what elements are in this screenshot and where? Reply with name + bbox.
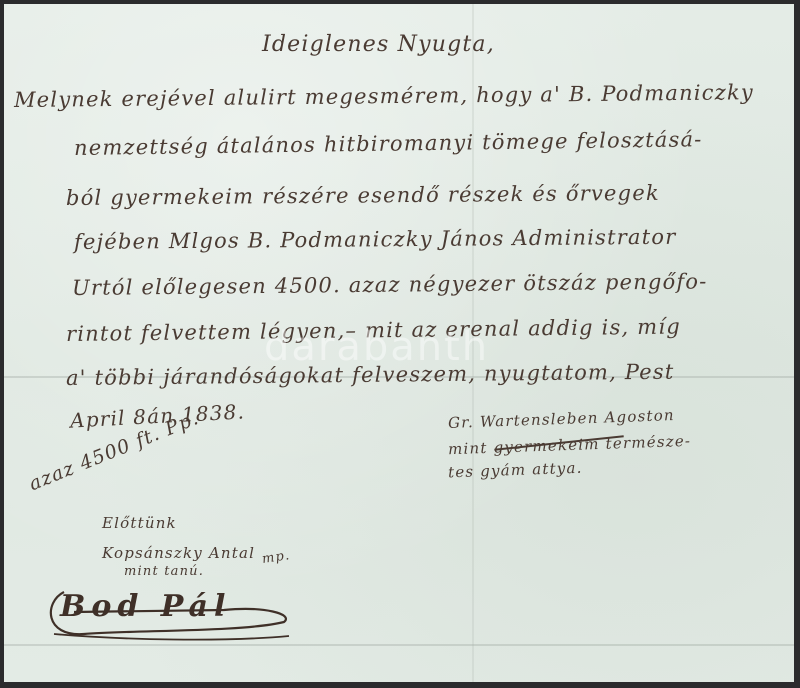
- body-line: Urtól előlegesen 4500. azaz négyezer öts…: [72, 269, 708, 300]
- second-signature: Bod Pál: [60, 589, 231, 624]
- issuer-signature-line: Gr. Wartensleben Agoston: [448, 406, 675, 432]
- issuer-signature-line: tes gyám attya.: [448, 459, 583, 482]
- document-title: Ideiglenes Nyugta,: [262, 32, 495, 57]
- paper-fold: [4, 644, 794, 646]
- witness-name: Kopsánszky Antal: [102, 544, 255, 562]
- body-line: Melynek erejével alulirt megesmérem, hog…: [14, 80, 754, 112]
- body-line: fejében Mlgos B. Podmaniczky János Admin…: [74, 225, 677, 254]
- witness-initials: mp.: [261, 548, 291, 567]
- witness-header: Előttünk: [102, 514, 177, 532]
- witness-role: mint tanú.: [124, 564, 204, 579]
- document-page: Ideiglenes Nyugta, Melynek erejével alul…: [4, 4, 794, 682]
- body-line: nemzettség átalános hitbiromanyi tömege …: [74, 127, 703, 160]
- watermark: darabanth: [264, 324, 489, 370]
- body-line: ból gyermekeim részére esendő részek és …: [66, 181, 660, 210]
- issuer-signature-line: mint gyermekeim természe-: [448, 432, 692, 458]
